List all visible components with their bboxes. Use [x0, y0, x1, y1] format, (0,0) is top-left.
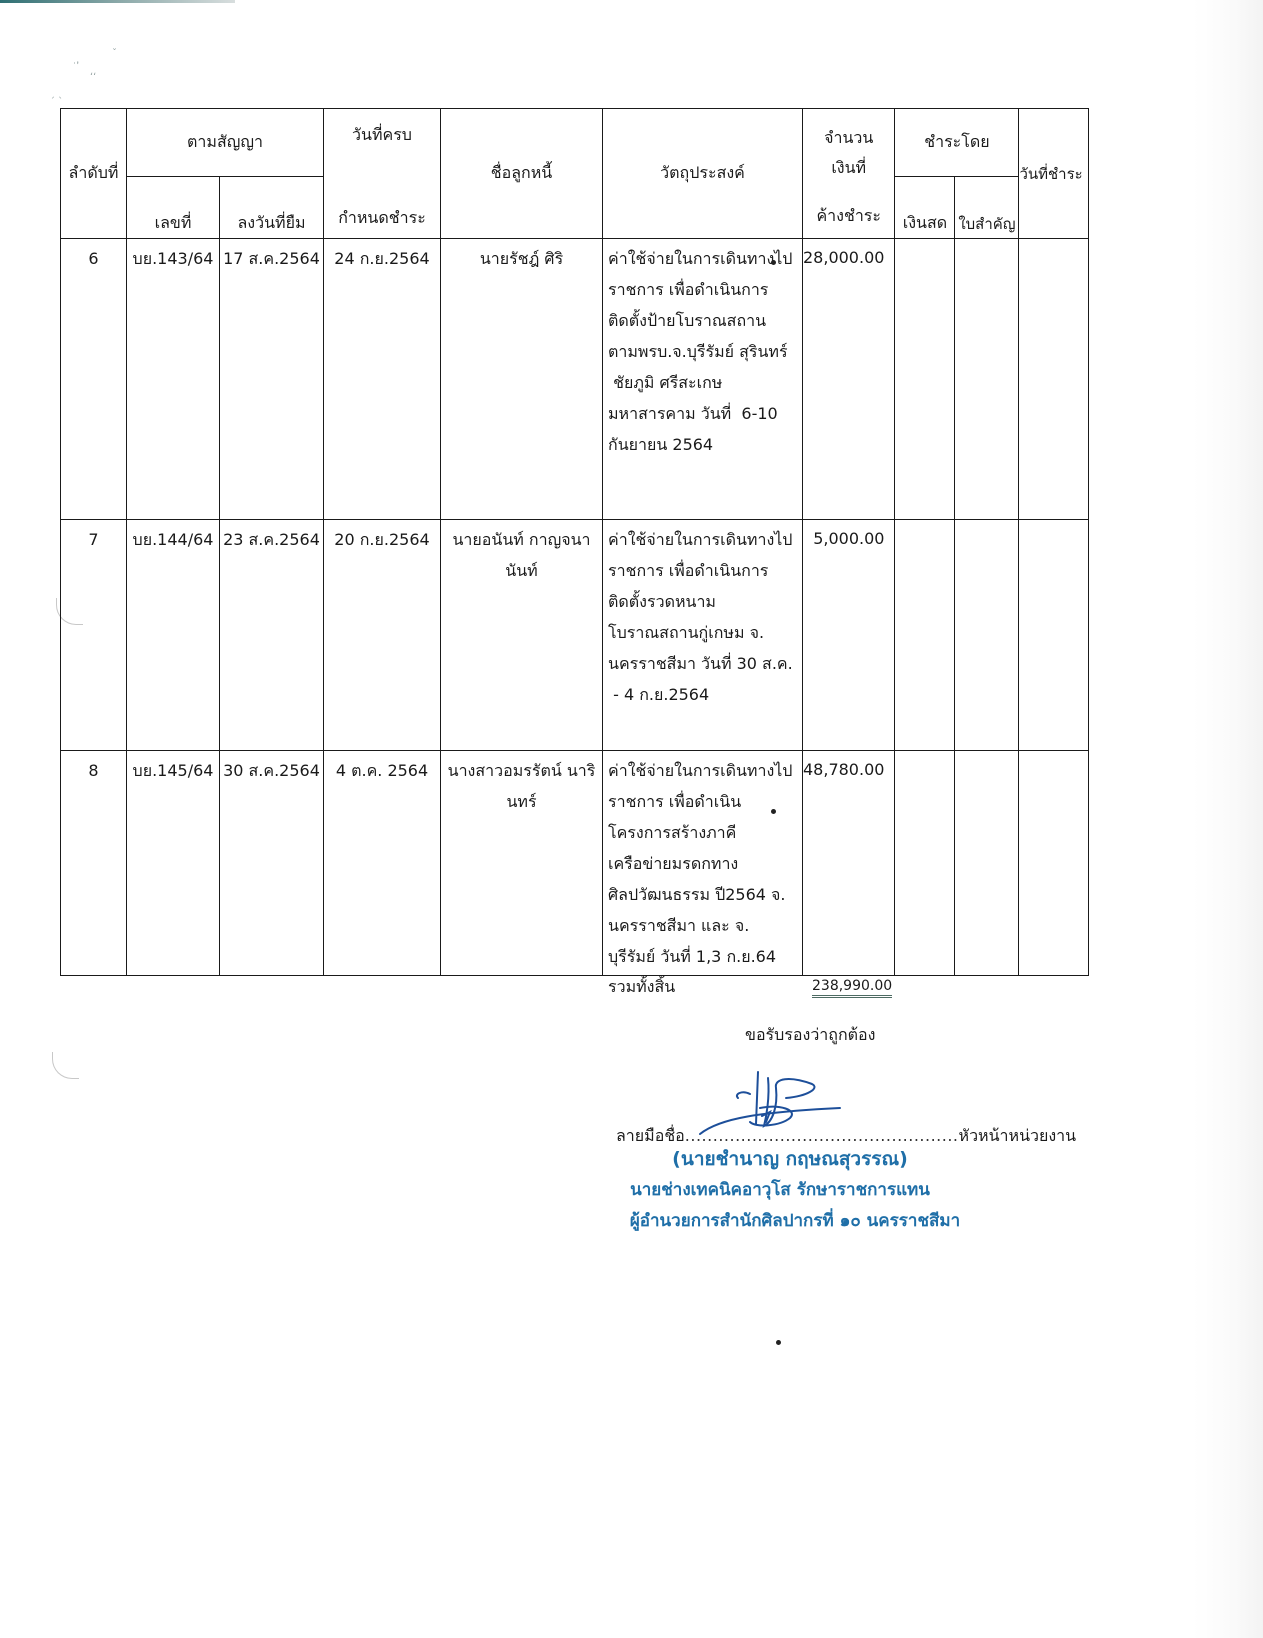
header-receipt: ใบสำคัญ — [955, 177, 1019, 239]
cell-borrow-date: 30 ส.ค.2564 — [220, 751, 324, 976]
scan-speck: ˙ ̓ — [72, 62, 80, 73]
purpose-line: ค่าใช้จ่ายในการเดินทางไป — [608, 524, 796, 555]
cell-debtor: นายอนันท์ กาญจนานันท์ — [441, 520, 603, 751]
header-amount-line2: เงินที่ — [803, 153, 894, 183]
cell-receipt — [955, 751, 1019, 976]
punch-hole-mark — [52, 1052, 79, 1079]
purpose-line: ค่าใช้จ่ายในการเดินทางไป — [608, 755, 796, 786]
purpose-line: โครงการสร้างภาคี — [608, 817, 796, 848]
purpose-line: ติดตั้งรวดหนาม — [608, 586, 796, 617]
signature-label: ลายมือชื่อ — [616, 1126, 685, 1145]
scan-dot — [771, 809, 776, 814]
purpose-line: นครราชสีมา วันที่ 30 ส.ค. — [608, 648, 796, 679]
cell-purpose: ค่าใช้จ่ายในการเดินทางไป ราชการ เพื่อดำเ… — [603, 751, 803, 976]
cell-borrow-date: 17 ส.ค.2564 — [220, 239, 324, 520]
header-due-bottom: กำหนดชำระ — [324, 206, 440, 231]
certification-text: ขอรับรองว่าถูกต้อง — [745, 1023, 875, 1048]
cell-paid-date — [1019, 520, 1089, 751]
stamp-name: (นายชำนาญ กฤษณสุวรรณ) — [600, 1144, 980, 1174]
purpose-line: เครือข่ายมรดกทาง — [608, 848, 796, 879]
header-seq: ลำดับที่ — [61, 109, 127, 239]
cell-cash — [895, 520, 955, 751]
cell-borrow-date: 23 ส.ค.2564 — [220, 520, 324, 751]
purpose-line: กันยายน 2564 — [608, 429, 796, 460]
cell-seq: 6 — [61, 239, 127, 520]
cell-due-date: 24 ก.ย.2564 — [324, 239, 441, 520]
table-row: 6 บย.143/64 17 ส.ค.2564 24 ก.ย.2564 นายร… — [61, 239, 1089, 520]
header-cash: เงินสด — [895, 177, 955, 239]
purpose-line: ราชการ เพื่อดำเนิน — [608, 786, 796, 817]
cell-receipt — [955, 520, 1019, 751]
purpose-line: ราชการ เพื่อดำเนินการ — [608, 555, 796, 586]
cell-purpose: ค่าใช้จ่ายในการเดินทางไป ราชการ เพื่อดำเ… — [603, 239, 803, 520]
cell-contract-no: บย.143/64 — [127, 239, 220, 520]
cell-due-date: 4 ต.ค. 2564 — [324, 751, 441, 976]
cell-seq: 8 — [61, 751, 127, 976]
signature-role: หัวหน้าหน่วยงาน — [959, 1126, 1077, 1145]
cell-paid-date — [1019, 751, 1089, 976]
header-due-date: วันที่ครบ กำหนดชำระ — [324, 109, 441, 239]
purpose-line: ติดตั้งป้ายโบราณสถาน — [608, 305, 796, 336]
cell-contract-no: บย.144/64 — [127, 520, 220, 751]
cell-cash — [895, 239, 955, 520]
purpose-line: ตามพรบ.จ.บุรีรัมย์ สุรินทร์ — [608, 336, 796, 367]
scan-dot — [776, 1340, 781, 1345]
purpose-line: โบราณสถานกู่เกษม จ. — [608, 617, 796, 648]
scan-speck: ˏ ˎ — [50, 88, 63, 99]
cell-receipt — [955, 239, 1019, 520]
header-debtor: ชื่อลูกหนี้ — [441, 109, 603, 239]
debtor-ledger-table: ลำดับที่ ตามสัญญา วันที่ครบ กำหนดชำระ ชื… — [60, 108, 1089, 976]
cell-amount: 28,000.00 — [803, 239, 895, 520]
header-amount-line3: ค้างชำระ — [803, 201, 894, 231]
signature-dots: ........................................… — [685, 1126, 959, 1145]
purpose-line: ชัยภูมิ ศรีสะเกษ — [608, 367, 796, 398]
total-label: รวมทั้งสิ้น — [608, 975, 675, 1000]
header-amount-line1: จำนวน — [803, 123, 894, 153]
cell-cash — [895, 751, 955, 976]
header-borrow-date: ลงวันที่ยืม — [220, 177, 324, 239]
cell-purpose: ค่าใช้จ่ายในการเดินทางไป ราชการ เพื่อดำเ… — [603, 520, 803, 751]
scan-edge-bar — [0, 0, 235, 3]
table-row: 7 บย.144/64 23 ส.ค.2564 20 ก.ย.2564 นายอ… — [61, 520, 1089, 751]
purpose-line: - 4 ก.ย.2564 — [608, 679, 796, 710]
cell-contract-no: บย.145/64 — [127, 751, 220, 976]
scan-speck: ˇ — [112, 48, 117, 59]
cell-seq: 7 — [61, 520, 127, 751]
header-contract-group: ตามสัญญา — [127, 109, 324, 177]
cell-debtor: นางสาวอมรรัตน์ นารินทร์ — [441, 751, 603, 976]
header-amount: จำนวน เงินที่ ค้างชำระ — [803, 109, 895, 239]
cell-due-date: 20 ก.ย.2564 — [324, 520, 441, 751]
scan-speck: ʻʻ — [90, 72, 96, 83]
header-purpose: วัตถุประสงค์ — [603, 109, 803, 239]
table-row: 8 บย.145/64 30 ส.ค.2564 4 ต.ค. 2564 นางส… — [61, 751, 1089, 976]
header-paid-date: วันที่ชำระ — [1019, 109, 1089, 239]
total-value: 238,990.00 — [812, 978, 892, 998]
header-due-top: วันที่ครบ — [324, 123, 440, 148]
stamp-position: นายช่างเทคนิคอาวุโส รักษาราชการแทน — [590, 1176, 970, 1203]
cell-amount: 5,000.00 — [803, 520, 895, 751]
purpose-line: บุรีรัมย์ วันที่ 1,3 ก.ย.64 — [608, 941, 796, 972]
scan-right-margin — [1193, 0, 1263, 1638]
scan-dot — [771, 260, 776, 265]
purpose-line: นครราชสีมา และ จ. — [608, 910, 796, 941]
purpose-line: ค่าใช้จ่ายในการเดินทางไป — [608, 243, 796, 274]
header-paid-by: ชำระโดย — [895, 109, 1019, 177]
cell-amount: 48,780.00 — [803, 751, 895, 976]
stamp-organization: ผู้อำนวยการสำนักศิลปากรที่ ๑๐ นครราชสีมา — [600, 1207, 990, 1234]
purpose-line: ราชการ เพื่อดำเนินการ — [608, 274, 796, 305]
header-contract-no: เลขที่ — [127, 177, 220, 239]
cell-debtor: นายรัชฎ์ ศิริ — [441, 239, 603, 520]
purpose-line: ศิลปวัฒนธรรม ปี2564 จ. — [608, 879, 796, 910]
cell-paid-date — [1019, 239, 1089, 520]
purpose-line: มหาสารคาม วันที่ 6-10 — [608, 398, 796, 429]
